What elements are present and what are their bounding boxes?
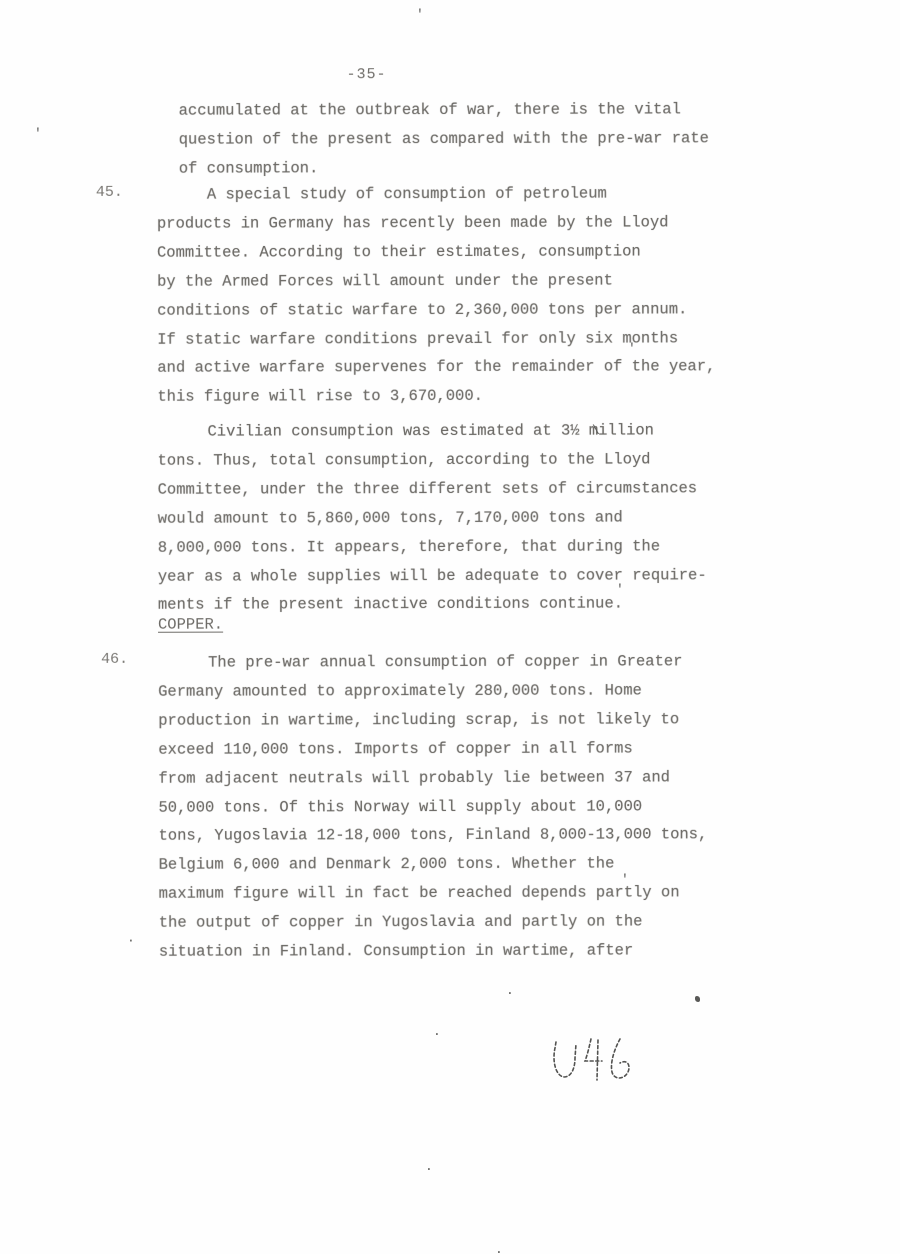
handwritten-note: [548, 1036, 648, 1092]
page-number: -35-: [317, 66, 417, 83]
scan-artifact: ·: [127, 934, 135, 947]
scan-artifact: .: [433, 1025, 441, 1038]
paragraph-continuation: accumulated at the outbreak of war, ther…: [179, 95, 799, 183]
section-heading-copper: COPPER.: [158, 616, 223, 634]
scanned-document-page: -35- accumulated at the outbreak of war,…: [0, 0, 900, 1254]
scan-artifact: ': [616, 583, 624, 596]
typewritten-text-layer: -35- accumulated at the outbreak of war,…: [0, 0, 900, 1254]
scan-artifact: .: [495, 1243, 503, 1254]
marginal-number-46: 46.: [101, 651, 128, 668]
paragraph-45-petroleum: A special study of consumption of petrol…: [157, 179, 778, 412]
scan-artifact: ': [621, 873, 629, 886]
scan-artifact: ': [628, 342, 636, 355]
ink-speck: [695, 996, 700, 1002]
scan-artifact: .: [425, 1160, 433, 1173]
scan-artifact: .: [506, 984, 514, 997]
scan-artifact: ': [416, 8, 424, 21]
paragraph-46-copper: The pre-war annual consumption of copper…: [158, 647, 779, 967]
handwritten-446-strokes: [548, 1036, 648, 1092]
scan-artifact: \: [592, 424, 600, 437]
marginal-number-45: 45.: [96, 184, 123, 201]
paragraph-civilian-consumption: Civilian consumption was estimated at 3½…: [157, 416, 778, 620]
scan-artifact: ': [34, 127, 42, 140]
